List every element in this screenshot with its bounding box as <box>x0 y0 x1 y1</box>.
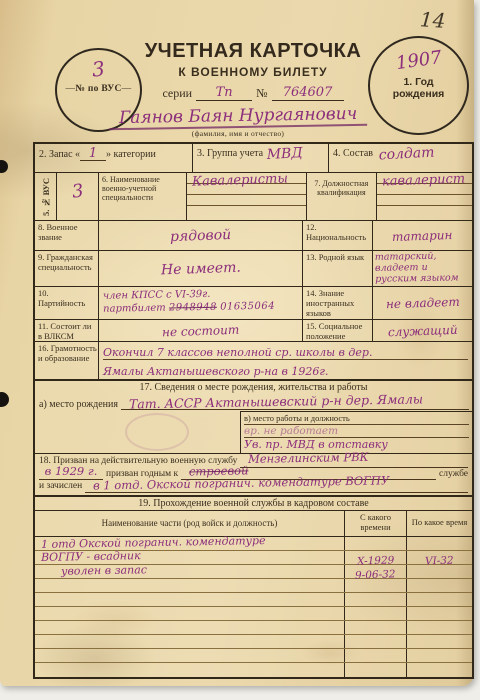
field-reserve-category: 2. Запас «1» категории <box>35 144 193 172</box>
service-record-row-empty <box>35 649 472 663</box>
record-group-value: МВД <box>266 145 303 173</box>
section-18: 18. Призван на действительную военную сл… <box>35 453 472 495</box>
section-17: 17. Сведения о месте рождения, жительств… <box>35 379 472 453</box>
foreign-languages-label: 14. Знание иностранных языков <box>303 287 373 319</box>
number-value: 764607 <box>283 85 333 100</box>
card-form: 2. Запас «1» категории 3. Группа учета М… <box>33 142 474 679</box>
qualification-value: кавалерист <box>382 172 466 190</box>
full-name-caption: (фамилия, имя и отчество) <box>88 129 388 138</box>
conscription-year-value: в 1929 г. <box>45 464 98 478</box>
section-19: 19. Прохождение военной службы в кадрово… <box>35 495 472 677</box>
komsomol-value-cell: не состоит <box>99 320 303 341</box>
birth-year-label: 1. Год рождения <box>370 77 467 100</box>
vus-column-value: 3 <box>57 173 99 220</box>
conscription-rvk-value: Мензелинским РВК <box>240 451 369 467</box>
native-language-value: татарский, владеет и русским языком <box>373 250 473 286</box>
field-record-group: 3. Группа учета МВД <box>193 144 329 172</box>
from-date: 9-06-32 <box>355 568 396 581</box>
form-row-11-15: 11. Состоит ли в ВЛКСМ не состоит 15. Со… <box>35 319 472 341</box>
workplace-spacer <box>35 411 240 453</box>
form-row-5-6-7: 5. № ВУС 3 6. Наименование военно-учетно… <box>35 172 472 220</box>
workplace-note-1: вр. не работает <box>244 425 338 437</box>
foreign-languages-value-cell: не владеет <box>373 287 472 319</box>
party-label: 10. Партийность <box>35 287 99 319</box>
form-row-8-12: 8. Военное звание рядовой 12. Национальн… <box>35 220 472 250</box>
education-value-line1: Окончил 7 классов неполной ср. школы в д… <box>103 346 372 359</box>
column-to-date: По какое время <box>406 511 472 536</box>
card-header: УЧЕТНАЯ КАРТОЧКА К ВОЕННОМУ БИЛЕТУ серии… <box>140 40 366 101</box>
birthplace-value: Тат. АССР Актанышевский р-н дер. Ямалы <box>121 391 423 411</box>
full-name-value: Гаянов Баян Нургаянович <box>109 104 368 131</box>
composition-value: солдат <box>378 145 435 174</box>
form-row-9-13: 9. Гражданская специальность Не имеет. 1… <box>35 250 472 286</box>
service-table-body: 1 отд Окской погранич. комендатуре ВОГПУ… <box>35 537 472 677</box>
birthplace-line: а) место рождения Тат. АССР Актанышевски… <box>35 394 472 411</box>
nationality-value-cell: татарин <box>373 221 472 250</box>
registration-card-paper: 14 3 № по ВУС УЧЕТНАЯ КАРТОЧКА К ВОЕННОМ… <box>0 0 474 686</box>
education-label: 16. Грамотность и образование <box>35 342 99 379</box>
birth-year-value: 1907 <box>394 47 442 74</box>
number-label: № <box>256 86 267 101</box>
qualification-value-cell: кавалерист <box>377 173 472 220</box>
column-from-date: С какого времени <box>344 511 406 536</box>
workplace-label: в) место работы и должность <box>244 412 469 425</box>
nationality-value: татарин <box>392 227 453 243</box>
unit-name: 1 отд Окской погранич. комендатуре <box>41 534 266 551</box>
service-record-row-empty <box>35 593 472 607</box>
service-record-row-empty <box>35 579 472 593</box>
birthplace-label: а) место рождения <box>39 399 118 410</box>
native-language-label: 13. Родной язык <box>303 251 373 286</box>
full-name-block: Гаянов Баян Нургаянович (фамилия, имя и … <box>88 106 388 138</box>
unit-name: уволен в запас <box>61 563 147 577</box>
faint-stamp <box>125 413 189 451</box>
form-row-10-14: 10. Партийность член КПСС с VI-39г. парт… <box>35 286 472 319</box>
service-table-header: Наименование части (род войск и должност… <box>35 511 472 537</box>
composition-label: 4. Состав <box>333 148 373 172</box>
service-record-row-empty <box>35 635 472 649</box>
enrolled-label: и зачислен <box>39 481 82 492</box>
series-blank: Тп <box>196 85 252 101</box>
from-date: X-1929 <box>357 554 395 567</box>
page-number-note: 14 <box>419 7 446 33</box>
rank-label: 8. Военное звание <box>35 221 99 250</box>
komsomol-label: 11. Состоит ли в ВЛКСМ <box>35 320 99 341</box>
nationality-label: 12. Национальность <box>303 221 373 250</box>
rank-value: рядовой <box>170 226 232 244</box>
card-title: УЧЕТНАЯ КАРТОЧКА <box>140 40 366 63</box>
party-value: член КПСС с VI-39г. партбилет 2948948 01… <box>99 285 302 316</box>
native-language-value-cell: татарский, владеет и русским языком <box>373 251 472 286</box>
civil-specialty-label: 9. Гражданская специальность <box>35 251 99 286</box>
to-date: VI-32 <box>425 554 454 567</box>
field-composition: 4. Состав солдат <box>329 144 472 172</box>
vus-number-label: № по ВУС <box>57 84 140 94</box>
enrolled-unit-value: в 1 отд. Окской погранич. комендатуре ВО… <box>85 474 389 493</box>
workplace-box: в) место работы и должность вр. не работ… <box>240 411 472 453</box>
civil-specialty-value-cell: Не имеет. <box>99 251 303 286</box>
specialty-value-cell: Кавалеристы <box>187 173 307 220</box>
service-record-row: ВОГПУ - всадник X-1929 VI-32 <box>35 551 472 565</box>
workplace-row: в) место работы и должность вр. не работ… <box>35 411 472 453</box>
party-card-number: 01635064 <box>220 301 275 313</box>
social-status-label: 15. Социальное положение <box>303 320 373 341</box>
party-value-cell: член КПСС с VI-39г. партбилет 2948948 01… <box>99 287 303 319</box>
birthplace-blank: Тат. АССР Актанышевский р-н дер. Ямалы <box>121 394 469 410</box>
series-label: серии <box>162 86 192 101</box>
hole-punch <box>0 392 9 407</box>
form-row-2-3-4: 2. Запас «1» категории 3. Группа учета М… <box>35 144 472 172</box>
social-status-value-cell: служащий <box>373 320 472 341</box>
komsomol-value: не состоит <box>162 322 240 339</box>
unit-name: ВОГПУ - всадник <box>41 549 141 564</box>
specialty-label: 6. Наименование военно-учетной специальн… <box>99 173 187 220</box>
vus-number-value: 3 <box>91 56 106 81</box>
service-record-row-empty <box>35 663 472 677</box>
card-subtitle: К ВОЕННОМУ БИЛЕТУ <box>140 65 366 79</box>
series-number-line: серии Тп № 764607 <box>140 85 366 101</box>
social-status-value: служащий <box>387 322 457 338</box>
education-value-line2: Ямалы Актанышевского р-на в 1926г. <box>103 365 328 378</box>
form-row-16: 16. Грамотность и образование Окончил 7 … <box>35 341 472 379</box>
education-value-cell: Окончил 7 классов неполной ср. школы в д… <box>99 342 472 379</box>
service-record-row: уволен в запас 9-06-32 <box>35 565 472 579</box>
number-blank: 764607 <box>272 85 344 101</box>
rank-value-cell: рядовой <box>99 221 303 250</box>
section-19-title: 19. Прохождение военной службы в кадрово… <box>35 497 472 511</box>
vus-column-label: 5. № ВУС <box>35 173 57 220</box>
foreign-languages-value: не владеет <box>385 295 459 312</box>
service-record-row: 1 отд Окской погранич. комендатуре <box>35 537 472 551</box>
record-group-label: 3. Группа учета <box>197 148 263 172</box>
hole-punch <box>0 160 8 173</box>
party-card-old-number: 2948948 <box>169 302 217 314</box>
service-record-row-empty <box>35 607 472 621</box>
series-value: Тп <box>216 85 233 100</box>
qualification-label: 7. Должностная квалификация <box>307 173 377 220</box>
column-unit-name: Наименование части (род войск и должност… <box>35 511 344 536</box>
civil-specialty-value: Не имеет. <box>160 259 240 278</box>
service-record-row-empty <box>35 621 472 635</box>
conscription-line-3: и зачислен в 1 отд. Окской погранич. ком… <box>39 480 468 493</box>
reserve-category-value: 1 <box>80 148 106 161</box>
